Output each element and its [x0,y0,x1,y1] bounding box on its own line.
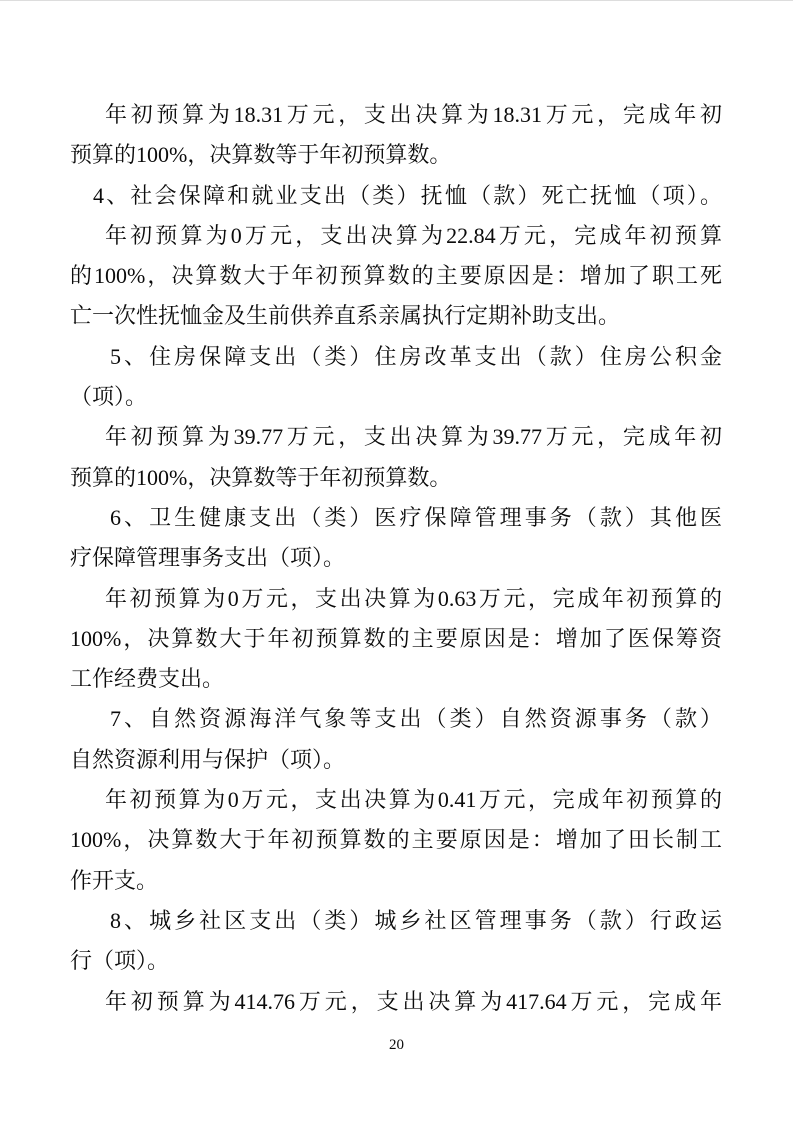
text-line: 年初预算为414.76万元，支出决算为417.64万元，完成年 [70,982,722,1022]
text-line: 亡一次性抚恤金及生前供养直系亲属执行定期补助支出。 [70,296,722,336]
text-line: 年初预算为0万元，支出决算为22.84万元，完成年初预算 [70,216,722,256]
text-line: 疗保障管理事务支出（项）。 [70,538,722,578]
text-line: 预算的100%，决算数等于年初预算数。 [70,458,722,498]
text-line: 8、城乡社区支出（类）城乡社区管理事务（款）行政运 [70,901,722,941]
text-line: 4、社会保障和就业支出（类）抚恤（款）死亡抚恤（项）。 [70,176,722,216]
text-line: 的100%，决算数大于年初预算数的主要原因是：增加了职工死 [70,256,722,296]
text-line: 100%，决算数大于年初预算数的主要原因是：增加了田长制工 [70,820,722,860]
page-number: 20 [0,1035,793,1055]
text-line: 自然资源利用与保护（项）。 [70,740,722,780]
text-line: 年初预算为0万元，支出决算为0.41万元，完成年初预算的 [70,780,722,820]
text-line: 7、自然资源海洋气象等支出（类）自然资源事务（款） [70,699,722,739]
text-line: 作开支。 [70,861,722,901]
page-top-edge [0,0,793,1]
text-line: 工作经费支出。 [70,659,722,699]
text-line: （项）。 [70,377,722,417]
text-line: 行（项）。 [70,941,722,981]
text-line: 年初预算为0万元，支出决算为0.63万元，完成年初预算的 [70,579,722,619]
document-body: 年初预算为18.31万元，支出决算为18.31万元，完成年初预算的100%，决算… [70,95,722,1022]
text-line: 100%，决算数大于年初预算数的主要原因是：增加了医保筹资 [70,619,722,659]
text-line: 5、住房保障支出（类）住房改革支出（款）住房公积金 [70,337,722,377]
document-page: 年初预算为18.31万元，支出决算为18.31万元，完成年初预算的100%，决算… [0,0,793,1122]
text-line: 年初预算为18.31万元，支出决算为18.31万元，完成年初 [70,95,722,135]
text-line: 年初预算为39.77万元，支出决算为39.77万元，完成年初 [70,417,722,457]
text-line: 6、卫生健康支出（类）医疗保障管理事务（款）其他医 [70,498,722,538]
text-line: 预算的100%，决算数等于年初预算数。 [70,135,722,175]
